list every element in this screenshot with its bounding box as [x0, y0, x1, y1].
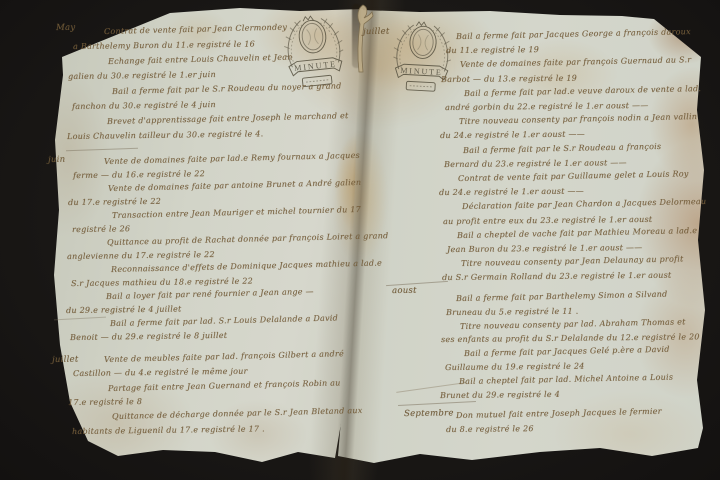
minute-tax-stamp-left: MINUTE — [273, 6, 353, 92]
minute-tax-stamp-right: MINUTE — [384, 13, 459, 97]
manuscript-photo: MINUTE MINUTE MayContrat de vente fait p… — [0, 0, 720, 480]
margin-month-label: May — [56, 24, 75, 33]
stamp-label: MINUTE — [400, 66, 443, 77]
